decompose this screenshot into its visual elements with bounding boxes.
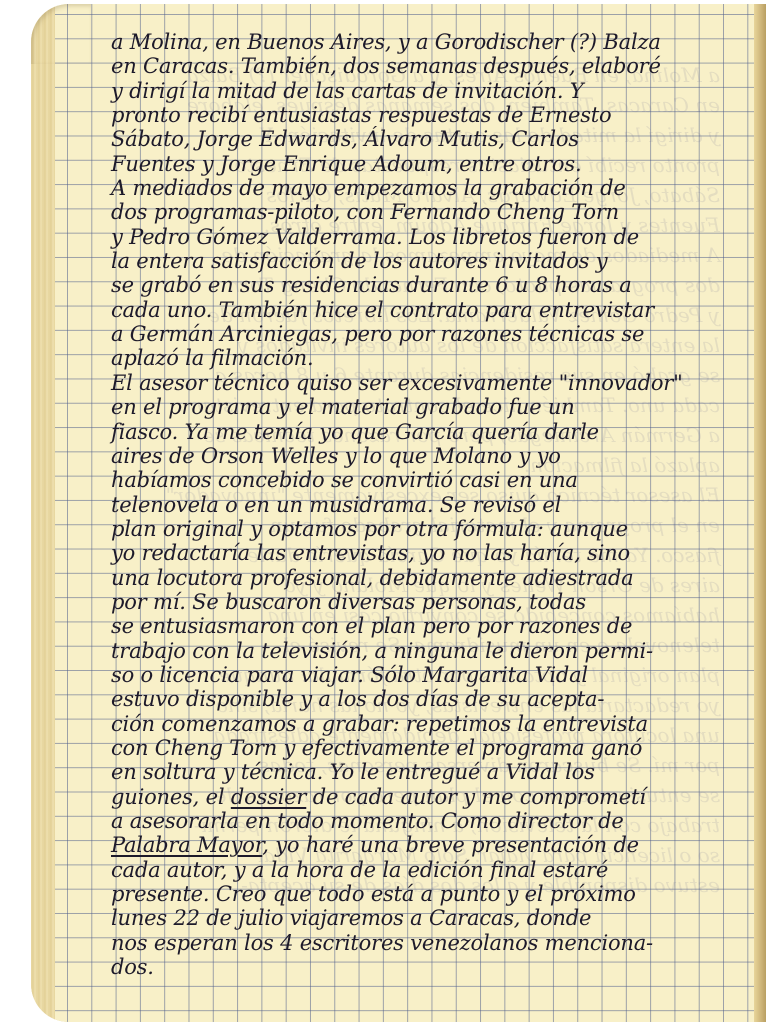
- handwritten-line: por mí. Se buscaron diversas personas, t…: [111, 590, 751, 614]
- handwritten-line: Palabra Mayor, yo haré una breve present…: [111, 833, 751, 857]
- handwritten-line: yo redactaría las entrevistas, yo no las…: [111, 541, 751, 565]
- handwritten-line: plan original y optamos por otra fórmula…: [111, 517, 751, 541]
- handwritten-line: presente. Creo que todo está a punto y e…: [111, 882, 751, 906]
- handwritten-line: cada uno. También hice el contrato para …: [111, 298, 751, 322]
- handwritten-line: la entera satisfacción de los autores in…: [111, 249, 751, 273]
- handwritten-line: se grabó en sus residencias durante 6 u …: [111, 273, 751, 297]
- handwritten-line: a Germán Arciniegas, pero por razones té…: [111, 322, 751, 346]
- underlined-phrase: Palabra Mayor: [111, 833, 262, 857]
- handwritten-line: telenovela o en un musidrama. Se revisó …: [111, 493, 751, 517]
- handwritten-line: El asesor técnico quiso ser excesivament…: [111, 371, 751, 395]
- handwritten-line: nos esperan los 4 escritores venezolanos…: [111, 931, 751, 955]
- handwritten-line: se entusiasmaron con el plan pero por ra…: [111, 614, 751, 638]
- page-stack-edge-right: [754, 4, 766, 1022]
- handwritten-line: aplazó la filmación.: [111, 346, 751, 370]
- handwritten-line: Sábato, Jorge Edwards, Álvaro Mutis, Car…: [111, 127, 751, 151]
- handwritten-line: en Caracas. También, dos semanas después…: [111, 54, 751, 78]
- handwritten-line: y dirigí la mitad de las cartas de invit…: [111, 79, 751, 103]
- handwritten-line: so o licencia para viajar. Sólo Margarit…: [111, 663, 751, 687]
- handwritten-line: estuvo disponible y a los dos días de su…: [111, 687, 751, 711]
- handwritten-line: con Cheng Torn y efectivamente el progra…: [111, 736, 751, 760]
- scanned-notebook-page: a Molina, en Buenos Aires, y a Gorodisch…: [0, 0, 766, 1024]
- handwritten-line: pronto recibí entusiastas respuestas de …: [111, 103, 751, 127]
- handwritten-line: en soltura y técnica. Yo le entregué a V…: [111, 760, 751, 784]
- handwritten-line: dos.: [111, 955, 751, 979]
- handwritten-line: trabajo con la televisión, a ninguna le …: [111, 639, 751, 663]
- handwritten-line: ción comenzamos a grabar: repetimos la e…: [111, 712, 751, 736]
- handwritten-line: habíamos concebido se convirtió casi en …: [111, 468, 751, 492]
- handwritten-text-body: a Molina, en Buenos Aires, y a Gorodisch…: [111, 30, 751, 979]
- handwritten-line: fiasco. Ya me temía yo que García quería…: [111, 420, 751, 444]
- handwritten-line: lunes 22 de julio viajaremos a Caracas, …: [111, 906, 751, 930]
- handwritten-line: una locutora profesional, debidamente ad…: [111, 566, 751, 590]
- handwritten-line: guiones, el dossier de cada autor y me c…: [111, 785, 751, 809]
- page-stack-edge-left: [31, 4, 55, 1022]
- handwritten-line: Fuentes y Jorge Enrique Adoum, entre otr…: [111, 152, 751, 176]
- handwritten-line: A mediados de mayo empezamos la grabació…: [111, 176, 751, 200]
- underlined-phrase: dossier: [231, 785, 306, 809]
- handwritten-line: en el programa y el material grabado fue…: [111, 395, 751, 419]
- handwritten-line: y Pedro Gómez Valderrama. Los libretos f…: [111, 225, 751, 249]
- handwritten-line: a asesorarla en todo momento. Como direc…: [111, 809, 751, 833]
- handwritten-line: a Molina, en Buenos Aires, y a Gorodisch…: [111, 30, 751, 54]
- handwritten-line: aires de Orson Welles y lo que Molano y …: [111, 444, 751, 468]
- handwritten-line: cada autor, y a la hora de la edición fi…: [111, 858, 751, 882]
- handwritten-line: dos programas-piloto, con Fernando Cheng…: [111, 200, 751, 224]
